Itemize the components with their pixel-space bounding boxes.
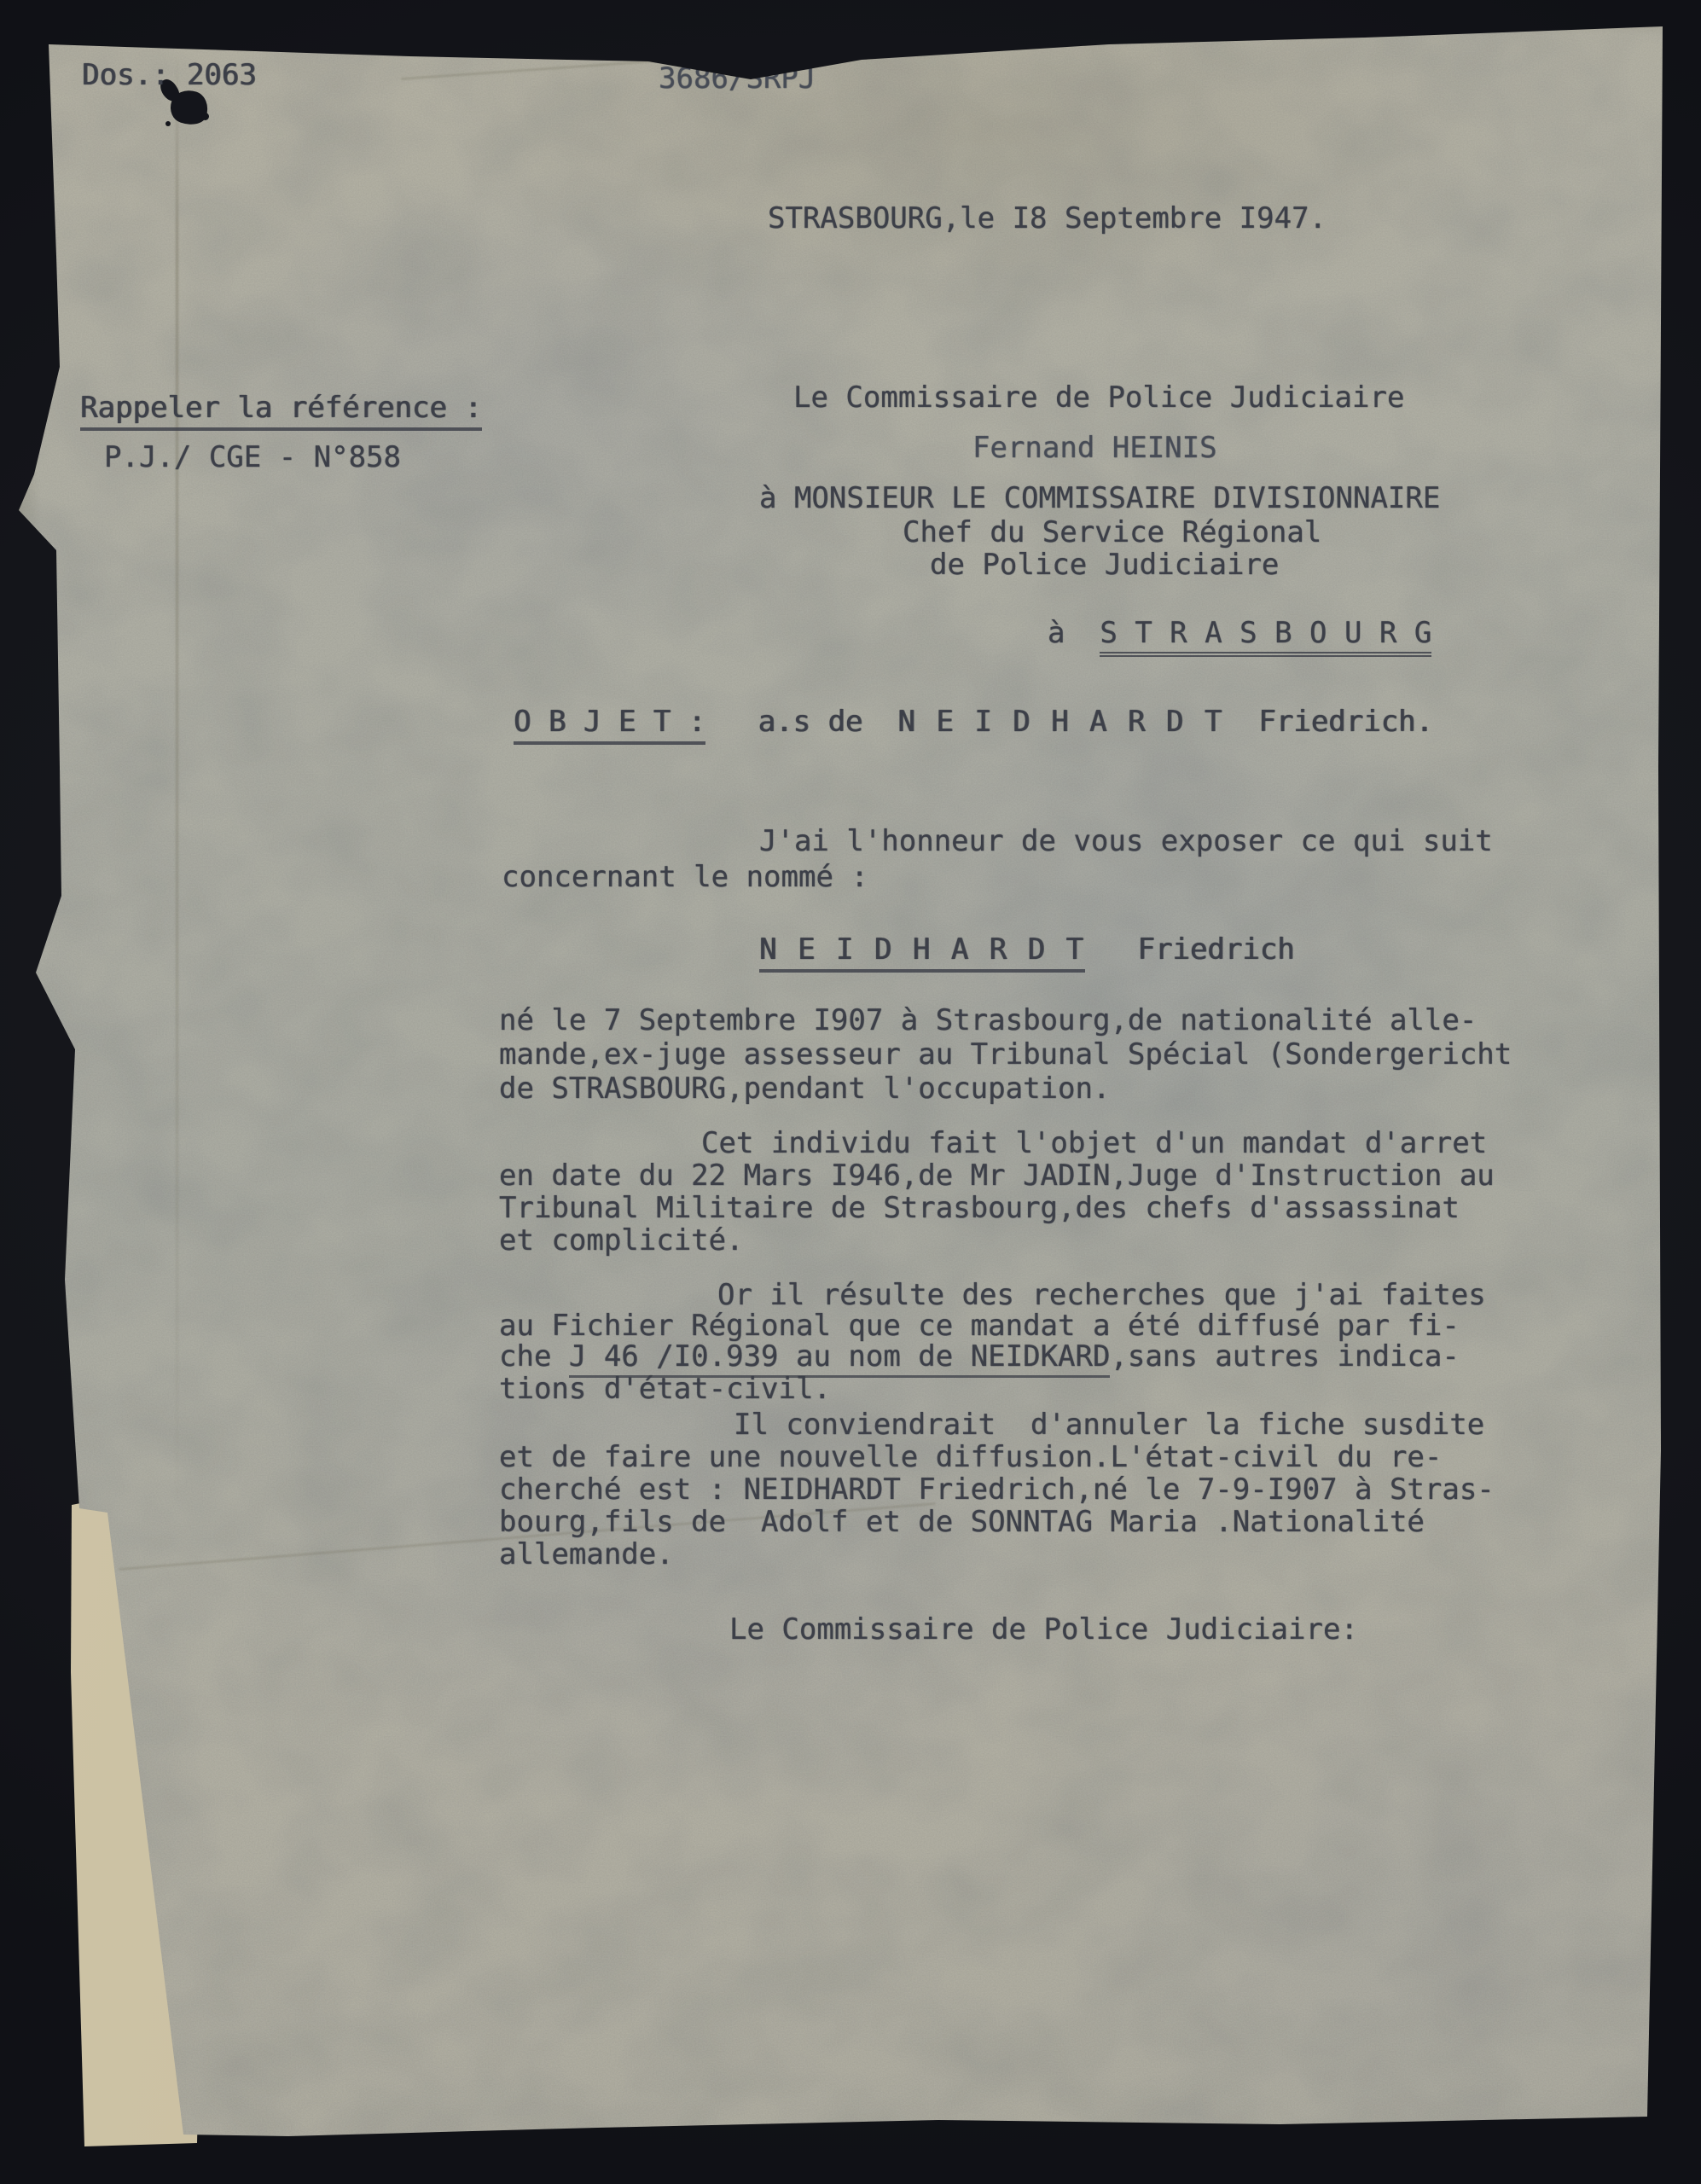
vertical-crease	[176, 55, 178, 1505]
scan-background: Dos.: 2063 3686/SRPJ STRASBOURG,le I8 Se…	[0, 0, 1701, 2184]
object-surname: N E I D H A R D T	[897, 705, 1223, 739]
sender-name: Fernand HEINIS	[972, 431, 1217, 465]
paragraph1-line3: de STRASBOURG,pendant l'occupation.	[499, 1072, 1110, 1106]
paragraph2-line2: en date du 22 Mars I946,de Mr JADIN,Juge…	[499, 1159, 1495, 1193]
paragraph1-line1: né le 7 Septembre I907 à Strasbourg,de n…	[499, 1003, 1477, 1037]
paragraph1-line2: mande,ex-juge assesseur au Tribunal Spéc…	[499, 1037, 1512, 1072]
reference-label-text: Rappeler la référence :	[80, 391, 482, 431]
name-heading-surname: N E I D H A R D T	[759, 932, 1085, 973]
object-prefix: a.s de	[705, 705, 897, 739]
intro-line2: concernant le nommé :	[502, 860, 868, 894]
intro-line1: J'ai l'honneur de vous exposer ce qui su…	[759, 824, 1493, 858]
paragraph2-line1: Cet individu fait l'objet d'un mandat d'…	[701, 1126, 1487, 1160]
dateline: STRASBOURG,le I8 Septembre I947.	[768, 201, 1327, 235]
sender-title: Le Commissaire de Police Judiciaire	[793, 380, 1404, 415]
document-sheet: Dos.: 2063 3686/SRPJ STRASBOURG,le I8 Se…	[0, 0, 1701, 2184]
paragraph4-line1: Il conviendrait d'annuler la fiche susdi…	[734, 1408, 1484, 1442]
reference-value: P.J./ CGE - N°858	[104, 440, 401, 474]
paragraph4-line5: allemande.	[499, 1537, 674, 1571]
paragraph3-line4: tions d'état-civil.	[499, 1372, 831, 1406]
paragraph3-line3-suffix: ,sans autres indica-	[1110, 1339, 1459, 1374]
place-name: S T R A S B O U R G	[1100, 616, 1431, 657]
name-heading: N E I D H A R D T Friedrich	[759, 932, 1295, 967]
paragraph3-line1: Or il résulte des recherches que j'ai fa…	[717, 1278, 1486, 1312]
object-firstname: Friedrich.	[1223, 705, 1433, 739]
object-label: O B J E T :	[514, 705, 705, 745]
closing-line: Le Commissaire de Police Judiciaire:	[729, 1612, 1358, 1647]
paragraph4-line2: et de faire une nouvelle diffusion.L'éta…	[499, 1440, 1442, 1474]
paragraph3-line2: au Fichier Régional que ce mandat a été …	[499, 1309, 1460, 1343]
file-reference: 3686/SRPJ	[659, 61, 816, 96]
paragraph3-line3: che J 46 /I0.939 au nom de NEIDKARD,sans…	[499, 1339, 1460, 1374]
recipient-line3: de Police Judiciaire	[930, 548, 1279, 582]
top-crease	[401, 58, 682, 79]
paragraph4-line4: bourg,fils de Adolf et de SONNTAG Maria …	[499, 1505, 1425, 1539]
place-prefix: à	[1048, 616, 1100, 650]
reference-label: Rappeler la référence :	[80, 391, 482, 425]
place-line: à S T R A S B O U R G	[1048, 616, 1431, 650]
name-heading-firstname: Friedrich	[1085, 932, 1295, 967]
paragraph2-line3: Tribunal Militaire de Strasbourg,des che…	[499, 1191, 1460, 1225]
paragraph2-line4: et complicité.	[499, 1223, 744, 1258]
recipient-line1: à MONSIEUR LE COMMISSAIRE DIVISIONNAIRE	[759, 481, 1440, 515]
paragraph4-line3: cherché est : NEIDHARDT Friedrich,né le …	[499, 1472, 1495, 1507]
paragraph3-line3-prefix: che	[499, 1339, 569, 1374]
recipient-line2: Chef du Service Régional	[903, 515, 1321, 549]
object-line: O B J E T : a.s de N E I D H A R D T Fri…	[514, 705, 1433, 739]
dossier-number: Dos.: 2063	[82, 58, 257, 92]
